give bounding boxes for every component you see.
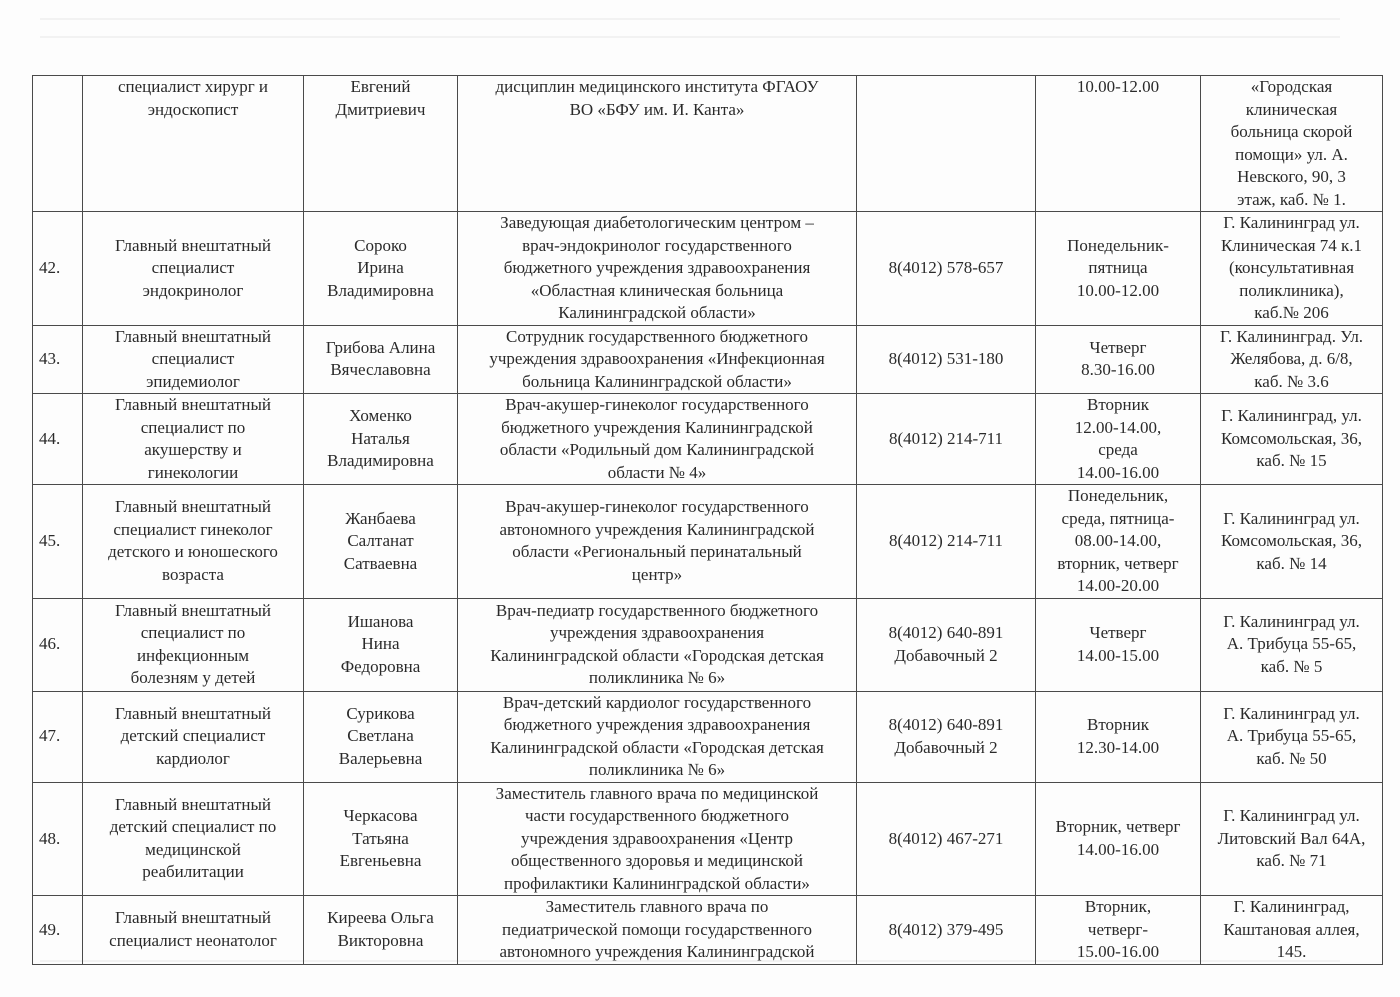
address-cell: Г. Калининград, Каштановая аллея, 145. <box>1201 896 1383 965</box>
specialist-position-cell: Главный внештатный специалист по акушерс… <box>83 394 304 485</box>
address-cell: Г. Калининград ул. Литовский Вал 64А, ка… <box>1201 782 1383 896</box>
specialist-name-cell: Хоменко Наталья Владимировна <box>304 394 458 485</box>
workplace-cell: Врач-акушер-гинеколог государственного б… <box>458 394 857 485</box>
table-row: 44.Главный внештатный специалист по акуш… <box>33 394 1383 485</box>
table-row: 43.Главный внештатный специалист эпидеми… <box>33 325 1383 394</box>
phone-number-cell: 8(4012) 640-891 Добавочный 2 <box>857 691 1036 782</box>
specialist-position-cell: Главный внештатный специалист гинеколог … <box>83 485 304 599</box>
phone-number-cell: 8(4012) 379-495 <box>857 896 1036 965</box>
row-number-cell: 44. <box>33 394 83 485</box>
workplace-cell: Заместитель главного врача по медицинско… <box>458 782 857 896</box>
row-number-cell: 45. <box>33 485 83 599</box>
phone-number-cell <box>857 76 1036 212</box>
specialist-name-cell: Грибова Алина Вячеславовна <box>304 325 458 394</box>
row-number-cell <box>33 76 83 212</box>
reception-hours-cell: Понедельник- пятница 10.00-12.00 <box>1036 212 1201 326</box>
reception-hours-cell: Вторник 12.00-14.00, среда 14.00-16.00 <box>1036 394 1201 485</box>
workplace-cell: Заведующая диабетологическим центром – в… <box>458 212 857 326</box>
reception-hours-cell: Четверг 8.30-16.00 <box>1036 325 1201 394</box>
specialist-name-cell: Евгений Дмитриевич <box>304 76 458 212</box>
table-row: 45.Главный внештатный специалист гинекол… <box>33 485 1383 599</box>
phone-number-cell: 8(4012) 467-271 <box>857 782 1036 896</box>
specialist-position-cell: Главный внештатный специалист по инфекци… <box>83 598 304 691</box>
specialist-position-cell: специалист хирург и эндоскопист <box>83 76 304 212</box>
row-number-cell: 42. <box>33 212 83 326</box>
specialist-name-cell: Ишанова Нина Федоровна <box>304 598 458 691</box>
row-number-cell: 43. <box>33 325 83 394</box>
address-cell: Г. Калининград ул. А. Трибуца 55-65, каб… <box>1201 598 1383 691</box>
table-row: 49.Главный внештатный специалист неонато… <box>33 896 1383 965</box>
reception-hours-cell: Вторник 12.30-14.00 <box>1036 691 1201 782</box>
address-cell: Г. Калининград ул. А. Трибуца 55-65, каб… <box>1201 691 1383 782</box>
row-number-cell: 49. <box>33 896 83 965</box>
address-cell: Г. Калининград ул. Комсомольская, 36, ка… <box>1201 485 1383 599</box>
phone-number-cell: 8(4012) 214-711 <box>857 394 1036 485</box>
reception-hours-cell: Вторник, четверг- 15.00-16.00 <box>1036 896 1201 965</box>
phone-number-cell: 8(4012) 214-711 <box>857 485 1036 599</box>
workplace-cell: Сотрудник государственного бюджетного уч… <box>458 325 857 394</box>
specialist-position-cell: Главный внештатный специалист неонатолог <box>83 896 304 965</box>
table-row: 48.Главный внештатный детский специалист… <box>33 782 1383 896</box>
workplace-cell: Врач-детский кардиолог государственного … <box>458 691 857 782</box>
reception-hours-cell: 10.00-12.00 <box>1036 76 1201 212</box>
workplace-cell: Врач-педиатр государственного бюджетного… <box>458 598 857 691</box>
phone-number-cell: 8(4012) 531-180 <box>857 325 1036 394</box>
specialist-position-cell: Главный внештатный специалист эпидемиоло… <box>83 325 304 394</box>
reception-hours-cell: Вторник, четверг 14.00-16.00 <box>1036 782 1201 896</box>
reception-hours-cell: Понедельник, среда, пятница- 08.00-14.00… <box>1036 485 1201 599</box>
table-row: 42.Главный внештатный специалист эндокри… <box>33 212 1383 326</box>
row-number-cell: 47. <box>33 691 83 782</box>
table-row: 46.Главный внештатный специалист по инфе… <box>33 598 1383 691</box>
specialist-position-cell: Главный внештатный специалист эндокринол… <box>83 212 304 326</box>
row-number-cell: 48. <box>33 782 83 896</box>
workplace-cell: дисциплин медицинского института ФГАОУ В… <box>458 76 857 212</box>
workplace-cell: Врач-акушер-гинеколог государственного а… <box>458 485 857 599</box>
row-number-cell: 46. <box>33 598 83 691</box>
specialists-table: специалист хирург и эндоскопистЕвгений Д… <box>32 75 1383 965</box>
scan-artifact <box>40 36 1340 38</box>
table-row: специалист хирург и эндоскопистЕвгений Д… <box>33 76 1383 212</box>
specialist-position-cell: Главный внештатный детский специалист ка… <box>83 691 304 782</box>
address-cell: «Городская клиническая больница скорой п… <box>1201 76 1383 212</box>
specialist-name-cell: Сурикова Светлана Валерьевна <box>304 691 458 782</box>
table-row: 47.Главный внештатный детский специалист… <box>33 691 1383 782</box>
address-cell: Г. Калининград. Ул. Желябова, д. 6/8, ка… <box>1201 325 1383 394</box>
table-body: специалист хирург и эндоскопистЕвгений Д… <box>33 76 1383 965</box>
specialist-name-cell: Сороко Ирина Владимировна <box>304 212 458 326</box>
scan-artifact <box>40 18 1340 20</box>
specialist-name-cell: Киреева Ольга Викторовна <box>304 896 458 965</box>
workplace-cell: Заместитель главного врача по педиатриче… <box>458 896 857 965</box>
specialist-name-cell: Черкасова Татьяна Евгеньевна <box>304 782 458 896</box>
specialist-position-cell: Главный внештатный детский специалист по… <box>83 782 304 896</box>
address-cell: Г. Калининград, ул. Комсомольская, 36, к… <box>1201 394 1383 485</box>
phone-number-cell: 8(4012) 640-891 Добавочный 2 <box>857 598 1036 691</box>
reception-hours-cell: Четверг 14.00-15.00 <box>1036 598 1201 691</box>
address-cell: Г. Калининград ул. Клиническая 74 к.1 (к… <box>1201 212 1383 326</box>
phone-number-cell: 8(4012) 578-657 <box>857 212 1036 326</box>
specialist-name-cell: Жанбаева Салтанат Сатваевна <box>304 485 458 599</box>
